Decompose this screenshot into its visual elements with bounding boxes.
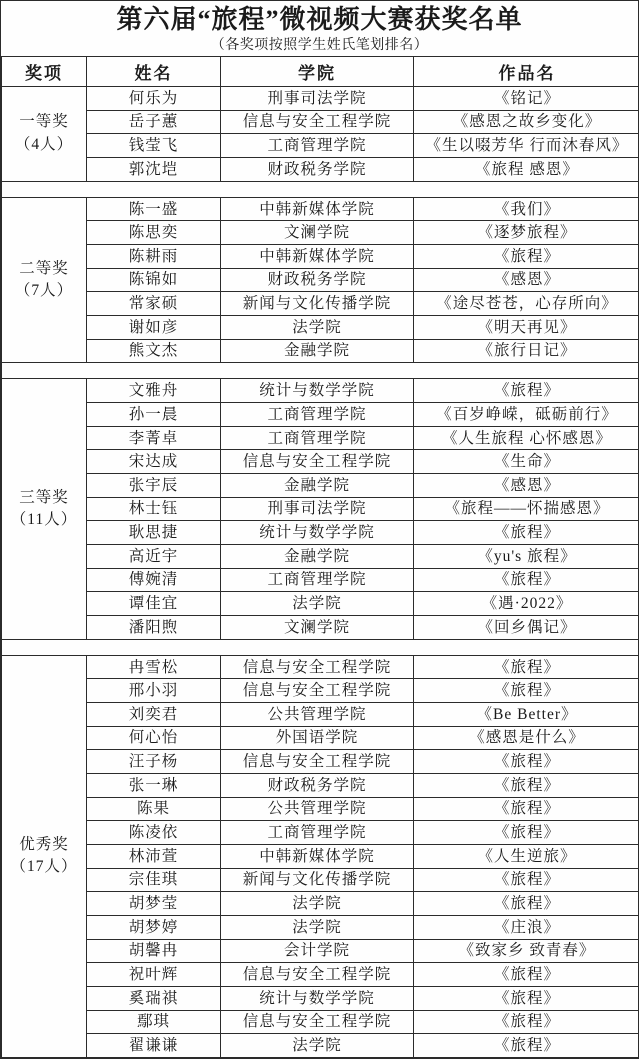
section-separator-row [2,363,639,379]
college-cell: 金融学院 [221,474,414,498]
table-row: 耿思捷统计与数学学院《旅程》 [2,521,639,545]
winner-name-cell: 孙一晨 [87,403,221,427]
table-row: 李菁卓工商管理学院《人生旅程 心怀感恩》 [2,426,639,450]
table-row: 胡梦莹法学院《旅程》 [2,892,639,916]
work-title-cell: 《旅程》 [414,963,639,987]
work-title-cell: 《旅程 感恩》 [414,157,639,181]
table-row: 胡梦婷法学院《庄浪》 [2,915,639,939]
award-label: 三等奖 [4,487,84,509]
work-title-cell: 《旅程》 [414,521,639,545]
college-cell: 统计与数学学院 [221,379,414,403]
college-cell: 法学院 [221,1034,414,1058]
awards-table: 奖项 姓名 学院 作品名 一等奖（4人）何乐为刑事司法学院《铭记》岳子蕙信息与安… [1,56,639,1058]
college-cell: 中韩新媒体学院 [221,197,414,221]
college-cell: 信息与安全工程学院 [221,655,414,679]
winner-name-cell: 陈凌依 [87,821,221,845]
college-cell: 文澜学院 [221,221,414,245]
table-row: 何心怡外国语学院《感恩是什么》 [2,726,639,750]
table-row: 钱莹飞工商管理学院《生以啜芳华 行而沐春风》 [2,134,639,158]
award-label: 优秀奖 [4,834,84,856]
table-row: 高近宇金融学院《yu's 旅程》 [2,545,639,569]
work-title-cell: 《Be Better》 [414,703,639,727]
winner-name-cell: 鄢琪 [87,1010,221,1034]
work-title-cell: 《旅程》 [414,774,639,798]
work-title-cell: 《庄浪》 [414,915,639,939]
winner-name-cell: 翟谦谦 [87,1034,221,1058]
winner-name-cell: 祝叶辉 [87,963,221,987]
award-count: （7人） [4,280,84,302]
college-cell: 法学院 [221,592,414,616]
winner-name-cell: 陈一盛 [87,197,221,221]
work-title-cell: 《旅程》 [414,568,639,592]
college-cell: 法学院 [221,892,414,916]
section-separator-cell [2,639,639,655]
winner-name-cell: 钱莹飞 [87,134,221,158]
college-cell: 信息与安全工程学院 [221,1010,414,1034]
college-cell: 工商管理学院 [221,821,414,845]
winner-name-cell: 张宇辰 [87,474,221,498]
winner-name-cell: 胡馨冉 [87,939,221,963]
work-title-cell: 《铭记》 [414,87,639,111]
work-title-cell: 《人生逆旅》 [414,844,639,868]
award-group-cell: 三等奖（11人） [2,379,87,639]
work-title-cell: 《明天再见》 [414,316,639,340]
college-cell: 法学院 [221,915,414,939]
table-row: 刘奕君公共管理学院《Be Better》 [2,703,639,727]
work-title-cell: 《回乡偶记》 [414,615,639,639]
college-cell: 财政税务学院 [221,774,414,798]
winner-name-cell: 耿思捷 [87,521,221,545]
award-label: 二等奖 [4,258,84,280]
work-title-cell: 《旅程》 [414,1010,639,1034]
work-title-cell: 《遇·2022》 [414,592,639,616]
work-title-cell: 《旅程》 [414,1034,639,1058]
college-cell: 刑事司法学院 [221,497,414,521]
title-block: 第六届“旅程”微视频大赛获奖名单 （各奖项按照学生姓氏笔划排名） [1,1,638,56]
work-title-cell: 《感恩是什么》 [414,726,639,750]
winner-name-cell: 潘阳煦 [87,615,221,639]
college-cell: 工商管理学院 [221,568,414,592]
table-row: 陈锦如财政税务学院《感恩》 [2,268,639,292]
winner-name-cell: 宗佳琪 [87,868,221,892]
table-row: 谭佳宜法学院《遇·2022》 [2,592,639,616]
work-title-cell: 《旅程》 [414,986,639,1010]
work-title-cell: 《逐梦旅程》 [414,221,639,245]
winner-name-cell: 奚瑞祺 [87,986,221,1010]
college-cell: 中韩新媒体学院 [221,844,414,868]
college-cell: 统计与数学学院 [221,521,414,545]
winner-name-cell: 胡梦莹 [87,892,221,916]
college-cell: 工商管理学院 [221,426,414,450]
table-row: 陈耕雨中韩新媒体学院《旅程》 [2,245,639,269]
work-title-cell: 《感恩之故乡变化》 [414,110,639,134]
winner-name-cell: 岳子蕙 [87,110,221,134]
work-title-cell: 《旅程》 [414,679,639,703]
table-row: 汪子杨信息与安全工程学院《旅程》 [2,750,639,774]
table-row: 奚瑞祺统计与数学学院《旅程》 [2,986,639,1010]
work-title-cell: 《旅程——怀揣感恩》 [414,497,639,521]
table-row: 岳子蕙信息与安全工程学院《感恩之故乡变化》 [2,110,639,134]
table-row: 优秀奖（17人）冉雪松信息与安全工程学院《旅程》 [2,655,639,679]
winner-name-cell: 刘奕君 [87,703,221,727]
college-cell: 金融学院 [221,339,414,363]
section-separator-cell [2,181,639,197]
table-row: 林士钰刑事司法学院《旅程——怀揣感恩》 [2,497,639,521]
winner-name-cell: 高近宇 [87,545,221,569]
college-cell: 新闻与文化传播学院 [221,292,414,316]
work-title-cell: 《感恩》 [414,474,639,498]
work-title-cell: 《旅程》 [414,655,639,679]
column-header-college: 学院 [221,57,414,87]
winner-name-cell: 李菁卓 [87,426,221,450]
work-title-cell: 《旅程》 [414,868,639,892]
winner-name-cell: 汪子杨 [87,750,221,774]
section-separator-cell [2,363,639,379]
college-cell: 工商管理学院 [221,134,414,158]
table-row: 宗佳琪新闻与文化传播学院《旅程》 [2,868,639,892]
table-row: 潘阳煦文澜学院《回乡偶记》 [2,615,639,639]
winner-name-cell: 郭沈垲 [87,157,221,181]
work-title-cell: 《途尽苍苍，心存所向》 [414,292,639,316]
table-row: 陈凌依工商管理学院《旅程》 [2,821,639,845]
page-subtitle: （各奖项按照学生姓氏笔划排名） [1,37,638,54]
work-title-cell: 《旅行日记》 [414,339,639,363]
award-count: （17人） [4,856,84,878]
table-row: 胡馨冉会计学院《致家乡 致青春》 [2,939,639,963]
college-cell: 信息与安全工程学院 [221,450,414,474]
winner-name-cell: 冉雪松 [87,655,221,679]
section-separator-row [2,639,639,655]
winner-name-cell: 陈思奕 [87,221,221,245]
winner-name-cell: 傅婉清 [87,568,221,592]
college-cell: 金融学院 [221,545,414,569]
winner-name-cell: 张一琳 [87,774,221,798]
college-cell: 新闻与文化传播学院 [221,868,414,892]
table-row: 鄢琪信息与安全工程学院《旅程》 [2,1010,639,1034]
college-cell: 信息与安全工程学院 [221,679,414,703]
work-title-cell: 《人生旅程 心怀感恩》 [414,426,639,450]
work-title-cell: 《yu's 旅程》 [414,545,639,569]
college-cell: 信息与安全工程学院 [221,110,414,134]
winner-name-cell: 文雅舟 [87,379,221,403]
winner-name-cell: 何心怡 [87,726,221,750]
award-label: 一等奖 [4,111,84,133]
table-row: 邢小羽信息与安全工程学院《旅程》 [2,679,639,703]
table-row: 傅婉清工商管理学院《旅程》 [2,568,639,592]
college-cell: 公共管理学院 [221,797,414,821]
winner-name-cell: 陈锦如 [87,268,221,292]
winner-name-cell: 宋达成 [87,450,221,474]
column-header-work: 作品名 [414,57,639,87]
table-row: 陈思奕文澜学院《逐梦旅程》 [2,221,639,245]
college-cell: 文澜学院 [221,615,414,639]
college-cell: 刑事司法学院 [221,87,414,111]
award-count: （11人） [4,509,84,531]
table-row: 郭沈垲财政税务学院《旅程 感恩》 [2,157,639,181]
winner-name-cell: 常家硕 [87,292,221,316]
work-title-cell: 《旅程》 [414,797,639,821]
work-title-cell: 《致家乡 致青春》 [414,939,639,963]
work-title-cell: 《旅程》 [414,892,639,916]
winner-name-cell: 谢如彦 [87,316,221,340]
awards-table-body: 一等奖（4人）何乐为刑事司法学院《铭记》岳子蕙信息与安全工程学院《感恩之故乡变化… [2,87,639,1058]
table-row: 三等奖（11人）文雅舟统计与数学学院《旅程》 [2,379,639,403]
column-header-award: 奖项 [2,57,87,87]
table-row: 宋达成信息与安全工程学院《生命》 [2,450,639,474]
award-group-cell: 优秀奖（17人） [2,655,87,1057]
work-title-cell: 《生命》 [414,450,639,474]
winner-name-cell: 林沛萱 [87,844,221,868]
college-cell: 财政税务学院 [221,268,414,292]
header-row: 奖项 姓名 学院 作品名 [2,57,639,87]
table-row: 陈果公共管理学院《旅程》 [2,797,639,821]
table-row: 孙一晨工商管理学院《百岁峥嵘，砥砺前行》 [2,403,639,427]
table-row: 张宇辰金融学院《感恩》 [2,474,639,498]
winner-name-cell: 熊文杰 [87,339,221,363]
college-cell: 公共管理学院 [221,703,414,727]
table-row: 常家硕新闻与文化传播学院《途尽苍苍，心存所向》 [2,292,639,316]
college-cell: 统计与数学学院 [221,986,414,1010]
college-cell: 信息与安全工程学院 [221,963,414,987]
work-title-cell: 《生以啜芳华 行而沐春风》 [414,134,639,158]
table-row: 谢如彦法学院《明天再见》 [2,316,639,340]
table-row: 二等奖（7人）陈一盛中韩新媒体学院《我们》 [2,197,639,221]
section-separator-row [2,181,639,197]
winner-name-cell: 胡梦婷 [87,915,221,939]
winner-name-cell: 谭佳宜 [87,592,221,616]
table-row: 熊文杰金融学院《旅行日记》 [2,339,639,363]
winner-name-cell: 何乐为 [87,87,221,111]
college-cell: 信息与安全工程学院 [221,750,414,774]
winner-name-cell: 陈耕雨 [87,245,221,269]
winner-name-cell: 陈果 [87,797,221,821]
table-row: 翟谦谦法学院《旅程》 [2,1034,639,1058]
award-count: （4人） [4,134,84,156]
table-row: 林沛萱中韩新媒体学院《人生逆旅》 [2,844,639,868]
page-title: 第六届“旅程”微视频大赛获奖名单 [1,1,638,37]
award-group-cell: 一等奖（4人） [2,87,87,182]
college-cell: 工商管理学院 [221,403,414,427]
award-group-cell: 二等奖（7人） [2,197,87,363]
college-cell: 外国语学院 [221,726,414,750]
column-header-name: 姓名 [87,57,221,87]
college-cell: 法学院 [221,316,414,340]
work-title-cell: 《旅程》 [414,379,639,403]
table-row: 张一琳财政税务学院《旅程》 [2,774,639,798]
college-cell: 财政税务学院 [221,157,414,181]
awards-table-header: 奖项 姓名 学院 作品名 [2,57,639,87]
winner-name-cell: 林士钰 [87,497,221,521]
work-title-cell: 《旅程》 [414,245,639,269]
work-title-cell: 《我们》 [414,197,639,221]
work-title-cell: 《旅程》 [414,750,639,774]
winner-name-cell: 邢小羽 [87,679,221,703]
table-row: 祝叶辉信息与安全工程学院《旅程》 [2,963,639,987]
work-title-cell: 《旅程》 [414,821,639,845]
award-list-sheet: 第六届“旅程”微视频大赛获奖名单 （各奖项按照学生姓氏笔划排名） 奖项 姓名 学… [0,0,639,1059]
college-cell: 会计学院 [221,939,414,963]
work-title-cell: 《感恩》 [414,268,639,292]
work-title-cell: 《百岁峥嵘，砥砺前行》 [414,403,639,427]
table-row: 一等奖（4人）何乐为刑事司法学院《铭记》 [2,87,639,111]
college-cell: 中韩新媒体学院 [221,245,414,269]
